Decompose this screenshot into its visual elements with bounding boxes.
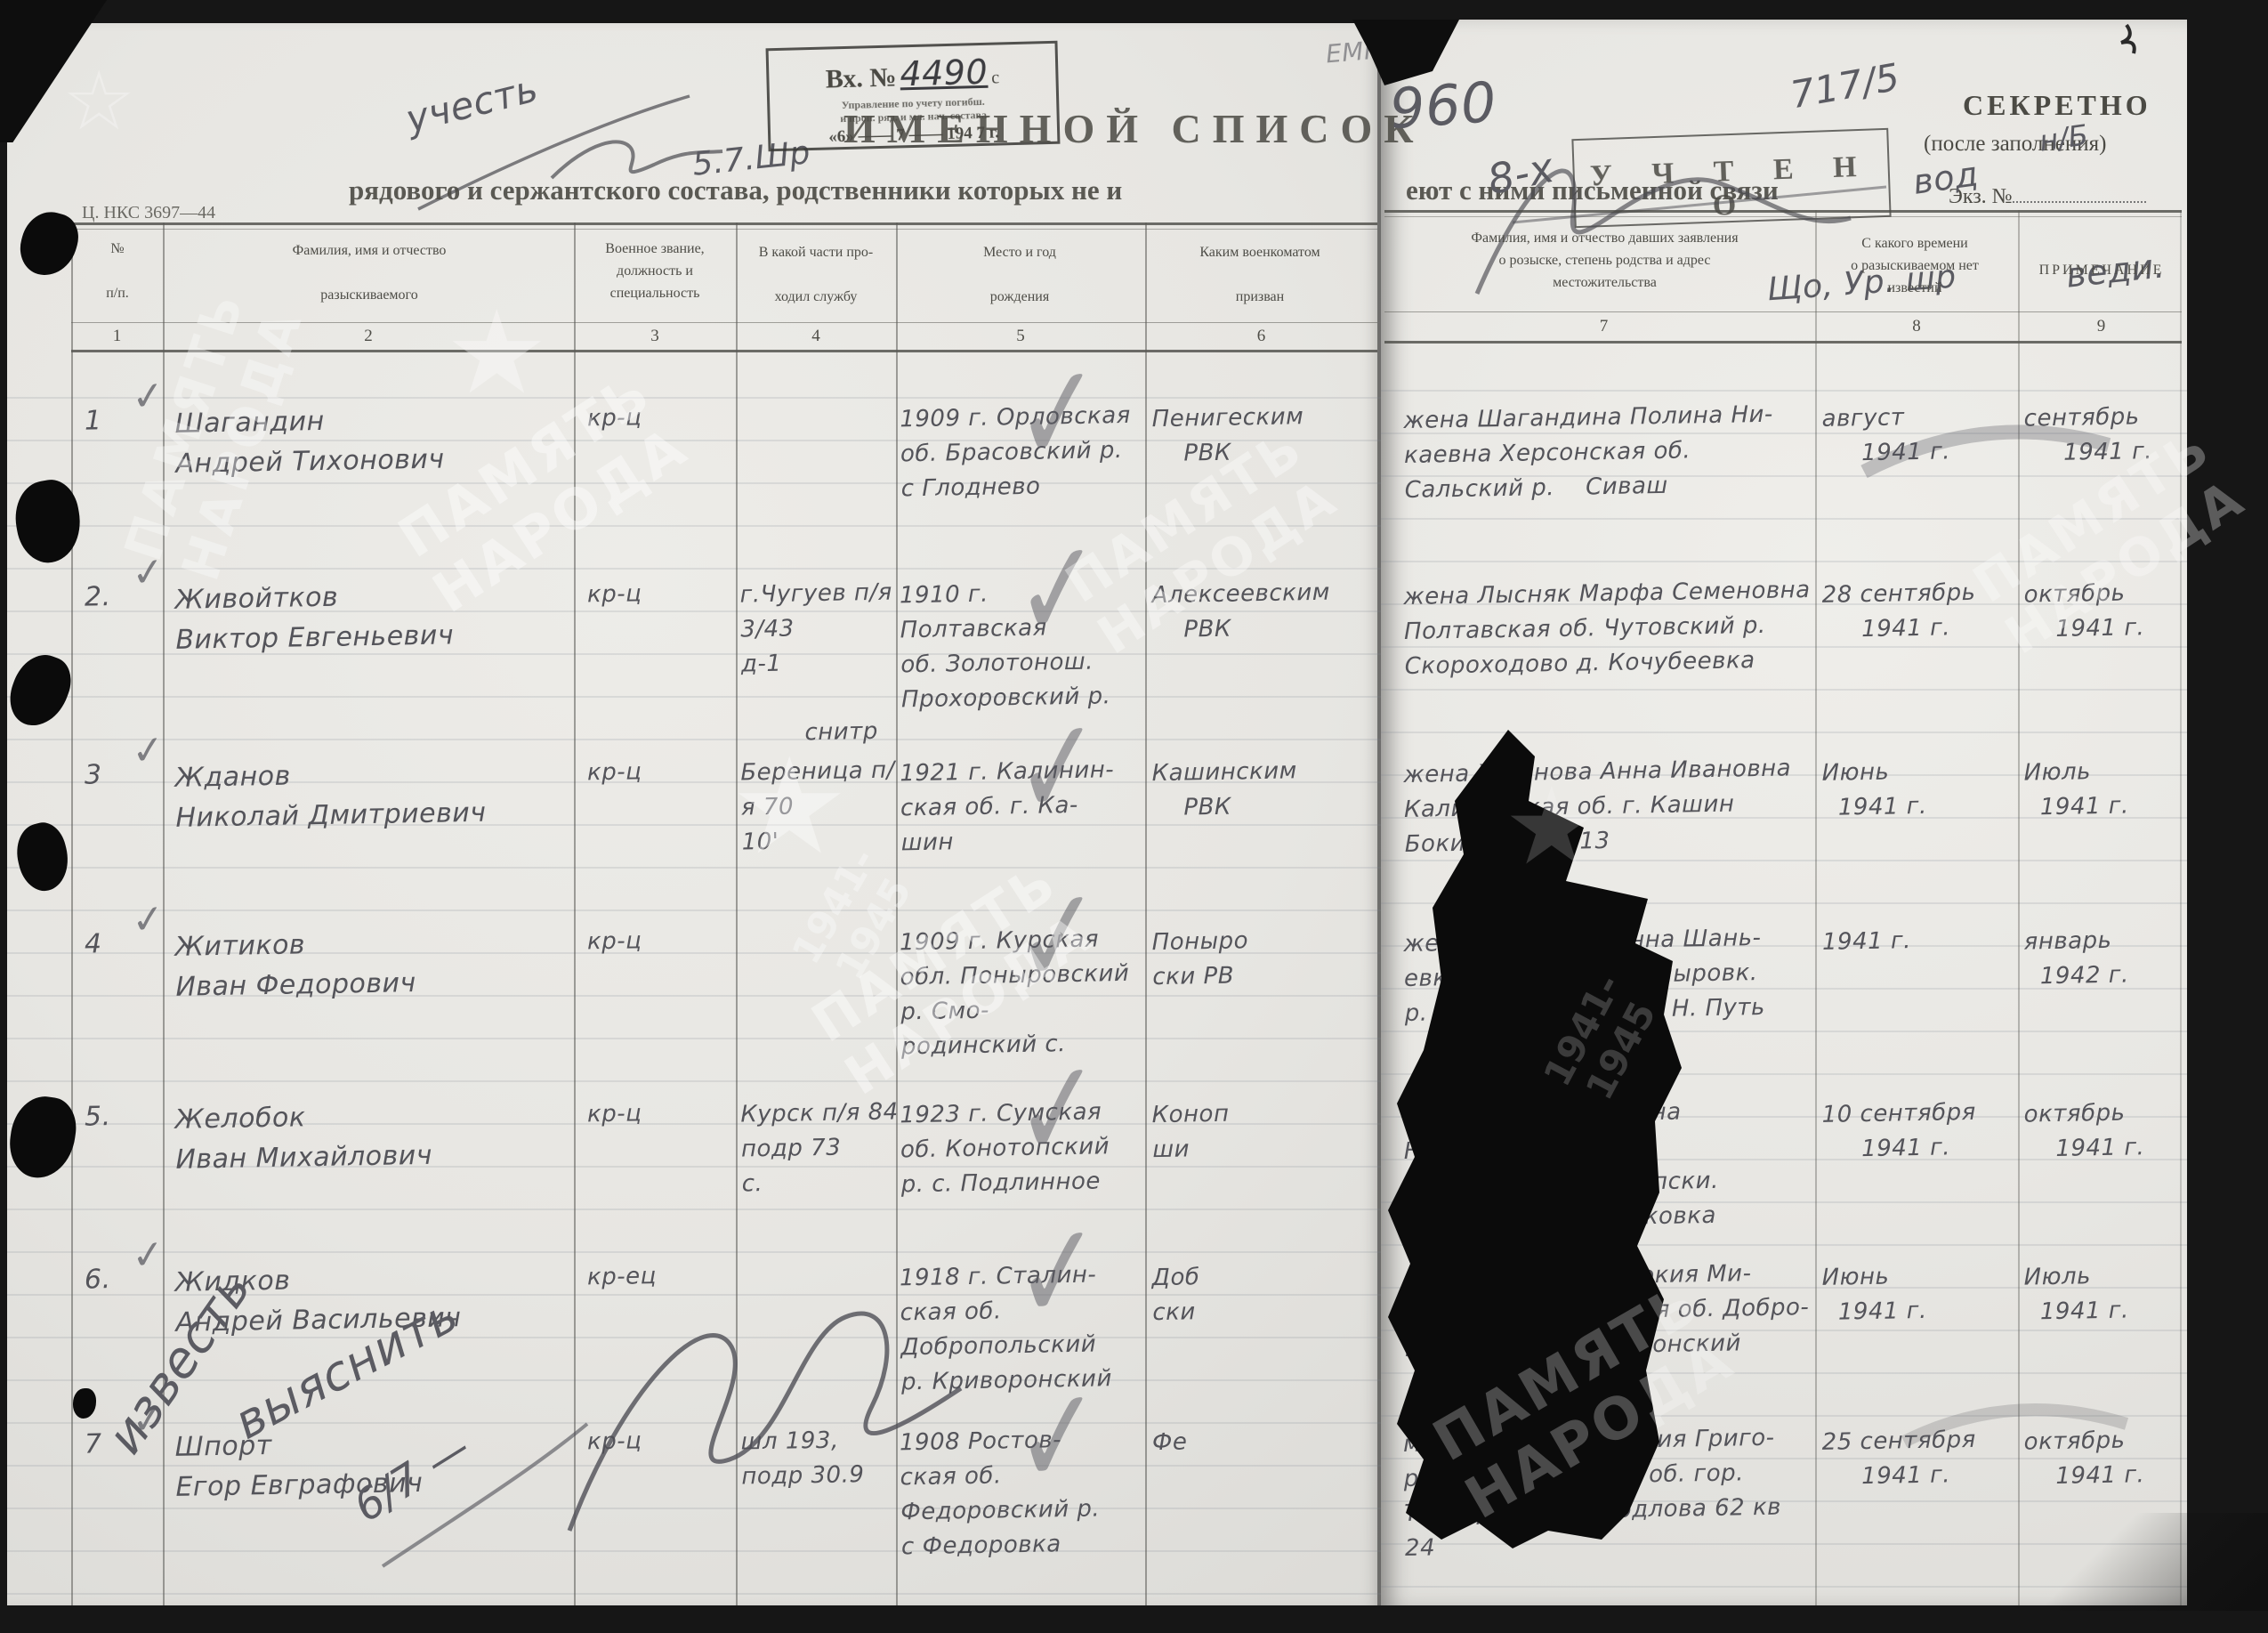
corner-shade-bottomright [2038,1513,2268,1611]
document-scan: учесть 5.7.Шр Вх. № 4490 с Управление по… [0,0,2268,1633]
tear-hole [0,0,2268,1633]
